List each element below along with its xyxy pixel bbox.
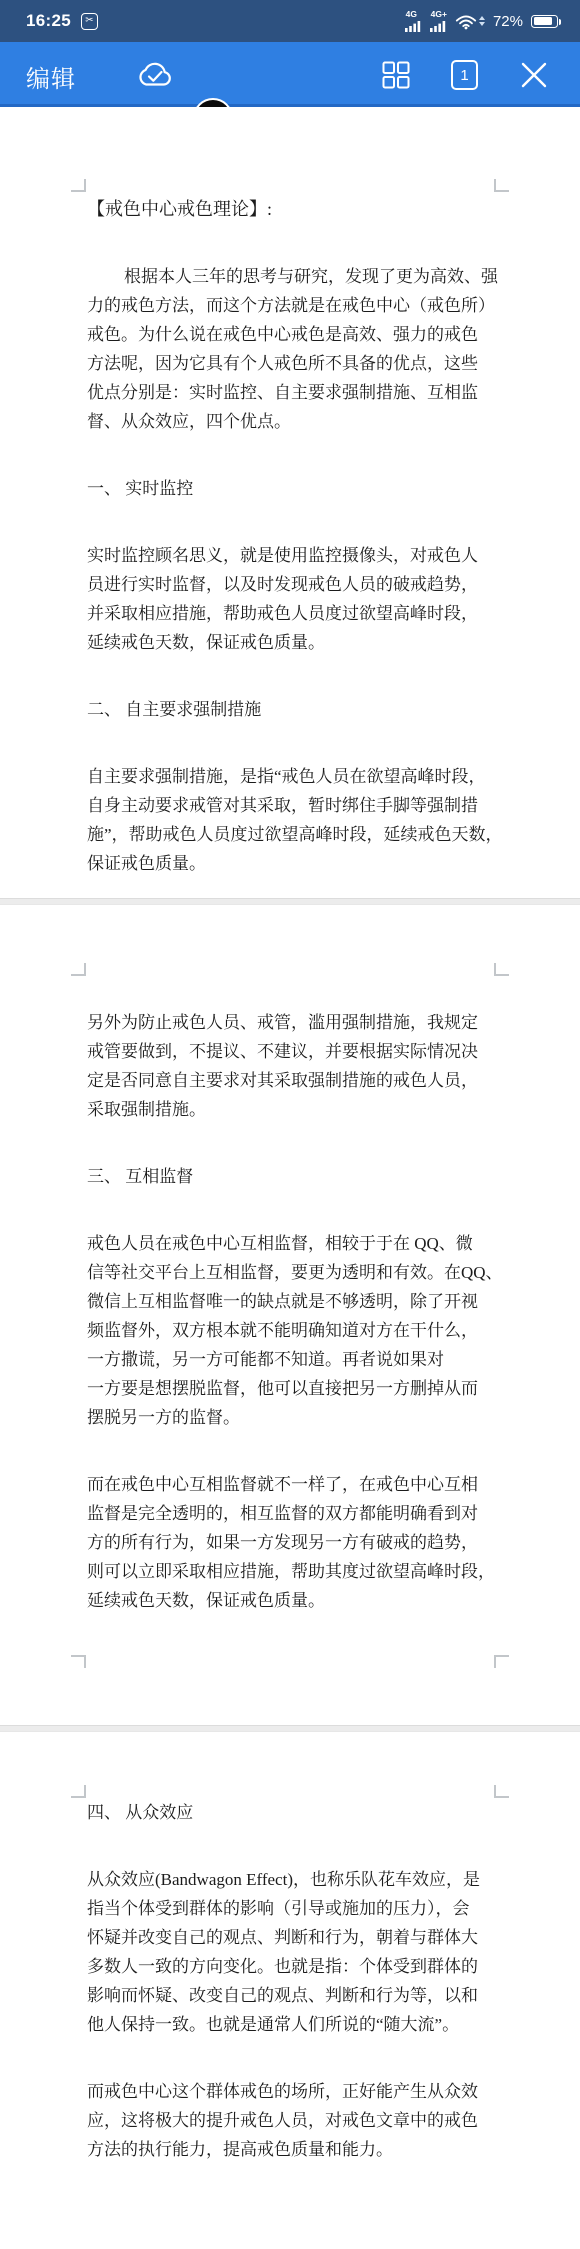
margin-mark-top-right — [494, 963, 509, 976]
cloud-sync-icon[interactable] — [134, 58, 176, 92]
paragraph-intro[interactable]: 根据本人三年的思考与研究，发现了更为高效、强 力的戒色方法，而这个方法就是在戒色… — [87, 262, 519, 436]
edit-button[interactable]: 编辑 — [26, 59, 76, 94]
paragraph-1[interactable]: 实时监控顾名思义，就是使用监控摄像头，对戒色人 员进行实时监督，以及时发现戒色人… — [87, 541, 519, 657]
margin-mark-top-right — [494, 179, 509, 192]
page-number: 1 — [460, 67, 468, 84]
toolbar: 编辑 1 — [0, 42, 580, 107]
margin-mark-top-left — [71, 179, 86, 192]
margin-mark-top-left — [71, 963, 86, 976]
wifi-icon — [455, 13, 485, 30]
heading-4[interactable]: 四、 从众效应 — [87, 1798, 519, 1827]
document-canvas[interactable]: 【戒色中心戒色理论】: 根据本人三年的思考与研究，发现了更为高效、强 力的戒色方… — [0, 107, 580, 2249]
paragraph-6[interactable]: 从众效应(Bandwagon Effect)，也称乐队花车效应，是 指当个体受到… — [87, 1865, 519, 2039]
data-arrows-icon — [479, 16, 485, 26]
paragraph-5[interactable]: 而在戒色中心互相监督就不一样了，在戒色中心互相 监督是完全透明的，相互监督的双方… — [87, 1470, 519, 1615]
heading-1[interactable]: 一、 实时监控 — [87, 474, 519, 503]
doc-title[interactable]: 【戒色中心戒色理论】: — [87, 195, 519, 224]
screen: 16:25 ✂ 4G 4G+ — [0, 0, 580, 2249]
paragraph-4[interactable]: 戒色人员在戒色中心互相监督，相较于于在 QQ、微 信等社交平台上互相监督，要更为… — [87, 1229, 519, 1432]
heading-2[interactable]: 二、 自主要求强制措施 — [87, 695, 519, 724]
status-right: 4G 4G+ — [405, 10, 558, 32]
close-icon[interactable] — [519, 60, 549, 90]
paragraph-2[interactable]: 自主要求强制措施，是指“戒色人员在欲望高峰时段， 自身主动要求戒管对其采取，暂时… — [87, 762, 519, 878]
status-bar: 16:25 ✂ 4G 4G+ — [0, 0, 580, 42]
page-break — [0, 1725, 580, 1732]
document-page-3[interactable]: 四、 从众效应 从众效应(Bandwagon Effect)，也称乐队花车效应，… — [0, 1732, 580, 2249]
margin-mark-bottom-right — [494, 1655, 509, 1668]
margin-mark-bottom-left — [71, 1655, 86, 1668]
network-type-label: 4G — [406, 10, 417, 19]
battery-icon — [531, 15, 558, 28]
page-indicator[interactable]: 1 — [451, 60, 478, 90]
heading-3[interactable]: 三、 互相监督 — [87, 1162, 519, 1191]
document-page-1[interactable]: 【戒色中心戒色理论】: 根据本人三年的思考与研究，发现了更为高效、强 力的戒色方… — [0, 107, 580, 898]
battery-percent-label: 72% — [493, 13, 523, 30]
paragraph-7[interactable]: 而戒色中心这个群体戒色的场所，正好能产生从众效 应，这将极大的提升戒色人员，对戒… — [87, 2077, 519, 2164]
network-type-plus-label: 4G+ — [431, 10, 447, 19]
margin-mark-top-right — [494, 1785, 509, 1798]
page-break — [0, 898, 580, 905]
document-page-2[interactable]: 另外为防止戒色人员、戒管，滥用强制措施，我规定 戒管要做到，不提议、不建议，并要… — [0, 905, 580, 1725]
cell-signal-plus-icon: 4G+ — [430, 10, 447, 32]
paragraph-3[interactable]: 另外为防止戒色人员、戒管，滥用强制措施，我规定 戒管要做到，不提议、不建议，并要… — [87, 1008, 519, 1124]
margin-mark-top-left — [71, 1785, 86, 1798]
cell-signal-icon: 4G — [405, 10, 422, 32]
grid-view-icon[interactable] — [382, 61, 410, 89]
status-left: 16:25 ✂ — [26, 11, 98, 31]
clock: 16:25 — [26, 11, 71, 31]
scissors-icon: ✂ — [81, 13, 98, 30]
